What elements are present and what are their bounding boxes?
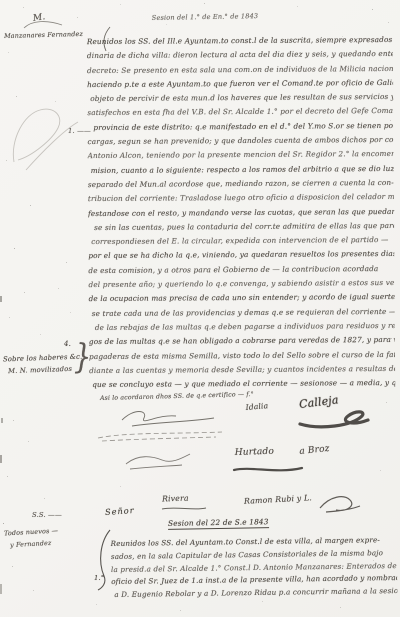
signature-broz: a Broz	[299, 444, 330, 457]
rubric-dash-line	[96, 428, 226, 444]
scan-edge-artifact	[0, 455, 2, 463]
session2-margin-line1: Todos nuevos —	[4, 527, 58, 538]
session2-margin-line2: y Fernandez	[10, 539, 52, 549]
session2-ss-label: S.S. ——	[32, 511, 62, 519]
scan-edge-artifact	[0, 296, 2, 302]
session2-date-line: Sesion del 22 de S.e 1843	[168, 517, 269, 530]
margin-rubric-doodle	[6, 100, 86, 180]
main-body-paragraph: Reunidos los SS. del Ill.e Ayuntam.to co…	[87, 33, 395, 393]
rivera-underline	[160, 505, 208, 513]
closing-line: Asi lo acordaron dhos SS. de q.e certifi…	[100, 391, 254, 402]
scan-edge-artifact	[1, 418, 3, 423]
session2-line: a D. Eugenio Rebolar y a D. Lorenzo Rida…	[114, 585, 397, 602]
session2-item-number: 1.°	[94, 574, 104, 582]
margin-note-brace: }	[74, 338, 91, 377]
margin-note-line2: M. N. movilizados	[8, 365, 72, 375]
scan-edge-artifact	[0, 584, 2, 594]
signature-scribble	[122, 448, 194, 472]
hurtado-underline	[232, 464, 304, 476]
body-line: que se concluyo esta — y que mediado el …	[92, 376, 395, 392]
paper-speckles	[0, 0, 1, 1]
signature-rubric-flourish	[118, 404, 230, 428]
session2-salutation: Señor	[105, 505, 135, 517]
margin-attendees-note: Manzanares Fernandez	[4, 30, 83, 40]
session2-paragraph: Reunidos los SS. del Ayuntam.to Const.l …	[111, 534, 398, 602]
margin-note-line1: Sobre los haberes &c.	[3, 353, 83, 364]
signature-idalia: Idalia	[245, 401, 268, 412]
ramon-flourish	[318, 492, 362, 514]
header-date-line: Sesion del 1.° de En.° de 1843	[140, 12, 270, 22]
margin-note-number: 4.	[64, 340, 71, 348]
calleja-swash	[296, 406, 374, 432]
session2-name-right: Ramon Rubi y L.	[244, 493, 312, 506]
manuscript-page: Sesion del 1.° de En.° de 1843 M. Manzan…	[0, 0, 400, 617]
session2-name-center: Rivera	[162, 494, 189, 504]
signature-hurtado: Hurtado	[235, 447, 274, 458]
